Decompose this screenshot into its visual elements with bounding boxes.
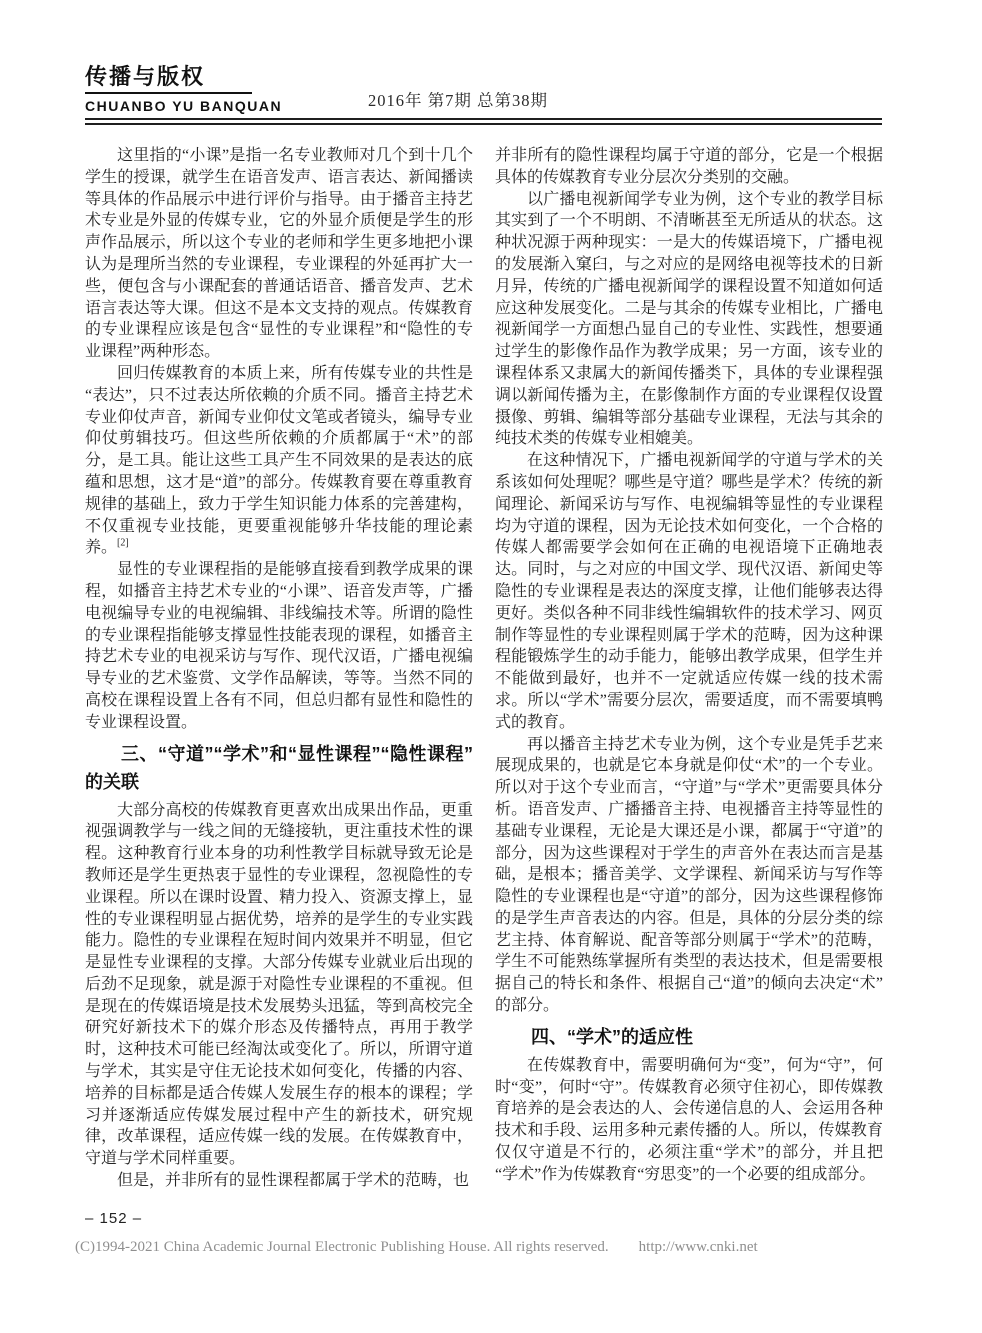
- paragraph-broadcast-journalism-example: 以广播电视新闻学专业为例，这个专业的教学目标其实到了一个不明朗、不清晰甚至无所适…: [495, 189, 883, 451]
- paragraph-xueshu-adaptability: 在传媒教育中，需要明确何为“变”，何为“守”，何时“变”，何时“守”。传媒教育必…: [495, 1055, 883, 1186]
- copyright-text: (C)1994-2021 China Academic Journal Elec…: [75, 1239, 609, 1255]
- paragraph-small-class-definition: 这里指的“小课”是指一名专业教师对几个到十几个学生的授课，就学生在语音发声、语言…: [85, 145, 473, 363]
- issue-info: 2016年 第7期 总第38期: [368, 87, 548, 111]
- journal-page: 传播与版权 CHUANBO YU BANQUAN 2016年 第7期 总第38期…: [0, 0, 982, 1333]
- section-heading-four: 四、“学术”的适应性: [495, 1023, 883, 1051]
- paragraph-college-media-education: 大部分高校的传媒教育更喜欢出成果出作品，更重视强调教学与一线之间的无缝接轨，更注…: [85, 800, 473, 1171]
- paragraph-media-education-essence: 回归传媒教育的本质上来，所有传媒专业的共性是“表达”，只不过表达所依赖的介质不同…: [85, 363, 473, 559]
- title-underline: [85, 92, 252, 94]
- paragraph-partial-carryover: 但是，并非所有的显性课程都属于学术的范畴，也: [85, 1170, 473, 1192]
- journal-pinyin: CHUANBO YU BANQUAN: [85, 98, 282, 114]
- paragraph-shoudao-xueshu-relation: 在这种情况下，广播电视新闻学的守道与学术的关系该如何处理呢？哪些是守道？哪些是学…: [495, 450, 883, 733]
- paragraph-explicit-implicit-courses: 显性的专业课程指的是能够直接看到教学成果的课程，如播音主持艺术专业的“小课”、语…: [85, 559, 473, 733]
- page-number: – 152 –: [85, 1210, 142, 1227]
- footnote-ref-2: [2]: [117, 538, 129, 549]
- cnki-url-text: http://www.cnki.net: [639, 1239, 758, 1255]
- journal-brand: 传播与版权 CHUANBO YU BANQUAN: [85, 64, 282, 114]
- header-divider-rule: [85, 118, 882, 125]
- left-column: 这里指的“小课”是指一名专业教师对几个到十几个学生的授课，就学生在语音发声、语言…: [85, 145, 473, 1211]
- journal-title: 传播与版权: [85, 64, 282, 90]
- copyright-line: (C)1994-2021 China Academic Journal Elec…: [75, 1239, 955, 1256]
- section-heading-three: 三、“守道”“学术”和“显性课程”“隐性课程”的关联: [85, 740, 473, 796]
- article-body: 这里指的“小课”是指一名专业教师对几个到十几个学生的授课，就学生在语音发声、语言…: [85, 145, 883, 1211]
- paragraph-partial-continuation: 并非所有的隐性课程均属于守道的部分，它是一个根据具体的传媒教育专业分层次分类别的…: [495, 145, 883, 189]
- paragraph-text: 回归传媒教育的本质上来，所有传媒专业的共性是“表达”，只不过表达所依赖的介质不同…: [85, 365, 473, 556]
- right-column: 并非所有的隐性课程均属于守道的部分，它是一个根据具体的传媒教育专业分层次分类别的…: [495, 145, 883, 1211]
- paragraph-broadcast-hosting-example: 再以播音主持艺术专业为例，这个专业是凭手艺来展现成果的，也就是它本身就是仰仗“术…: [495, 734, 883, 1017]
